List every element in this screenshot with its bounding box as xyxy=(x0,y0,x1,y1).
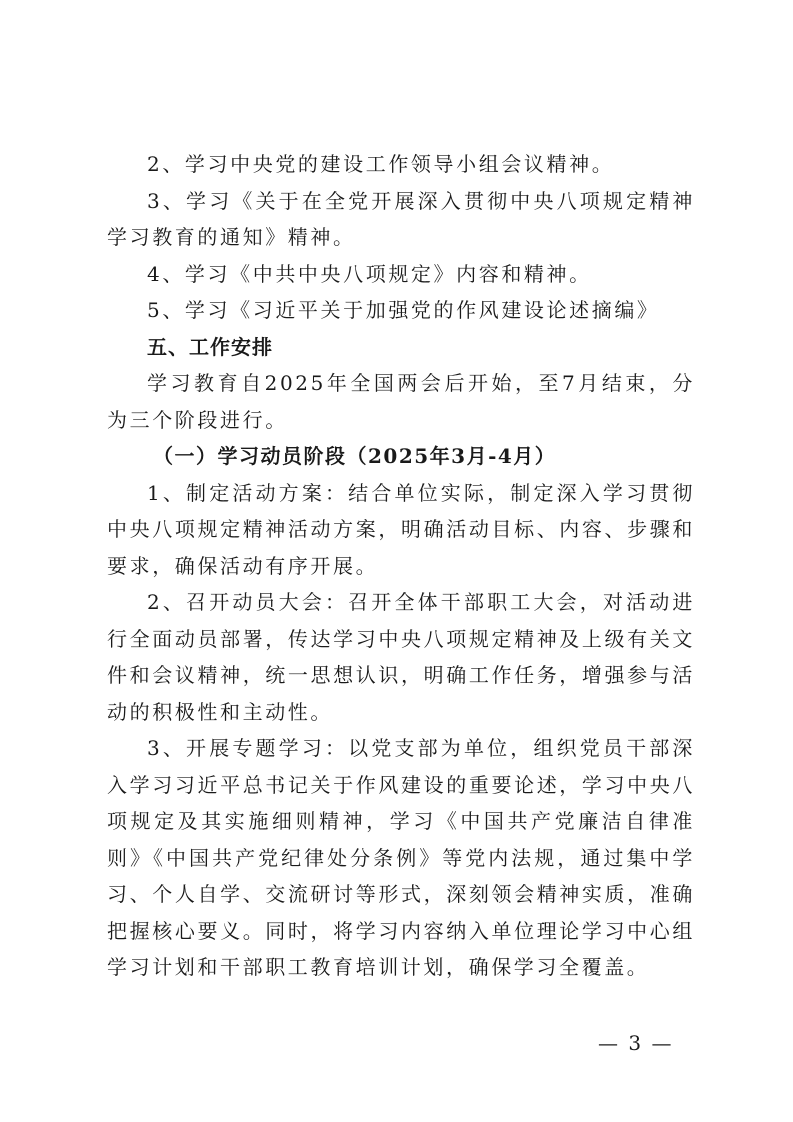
list-item-study-excerpts: 5、学习《习近平关于加强党的作风建设论述摘编》 xyxy=(107,292,695,329)
list-item-study-party-building-meeting: 2、学习中央党的建设工作领导小组会议精神。 xyxy=(107,146,695,183)
document-page-content: 2、学习中央党的建设工作领导小组会议精神。 3、学习《关于在全党开展深入贯彻中央… xyxy=(107,146,695,986)
body-paragraph-schedule: 学习教育自2025年全国两会后开始，至7月结束，分为三个阶段进行。 xyxy=(107,365,695,438)
list-item-study-notice: 3、学习《关于在全党开展深入贯彻中央八项规定精神学习教育的通知》精神。 xyxy=(107,183,695,256)
list-item-study-eight-rules: 4、学习《中共中央八项规定》内容和精神。 xyxy=(107,256,695,293)
body-paragraph-special-study: 3、开展专题学习：以党支部为单位，组织党员干部深入学习习近平总书记关于作风建设的… xyxy=(107,730,695,986)
page-number: — 3 — xyxy=(598,1031,673,1055)
body-paragraph-mobilization-meeting: 2、召开动员大会：召开全体干部职工大会，对活动进行全面动员部署，传达学习中央八项… xyxy=(107,584,695,730)
subheading-mobilization-stage: （一）学习动员阶段（2025年3月-4月） xyxy=(107,438,695,475)
body-paragraph-activity-plan: 1、制定活动方案：结合单位实际，制定深入学习贯彻中央八项规定精神活动方案，明确活… xyxy=(107,475,695,585)
section-heading-work-arrangement: 五、工作安排 xyxy=(107,329,695,366)
